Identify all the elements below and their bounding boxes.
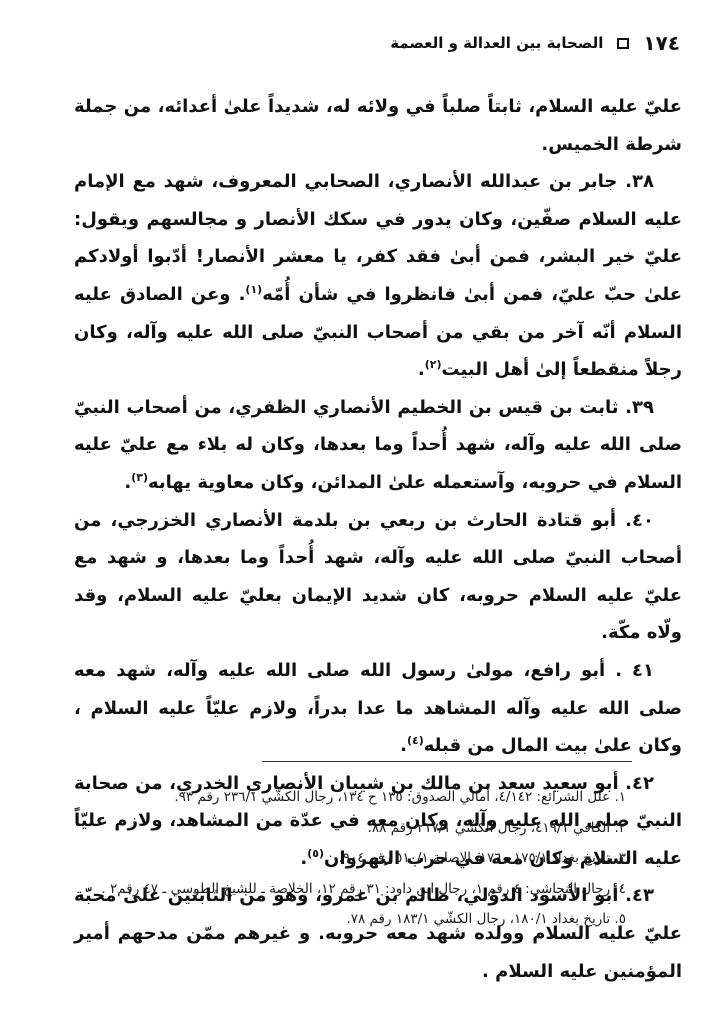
book-title: الصحابة بين العدالة و العصمة	[390, 34, 603, 52]
footnote-4: ٤. رجال النجاشي: ٤ رقم ١، رجال ابن داود:…	[66, 874, 626, 905]
paragraph-continued: عليّ عليه السلام، ثابتاً صلباً في ولائه …	[74, 88, 682, 163]
footnote-ref-1[interactable]: (١)	[245, 283, 262, 296]
punctuation: .	[418, 359, 425, 380]
paragraph-text: ٣٩. ثابت بن قيس بن الخطيم الأنصاري الظفر…	[74, 397, 682, 493]
footnote-2: ٢. الكافي ٤١٩/١، رجال الكشّي ٢١٧/١ رقم ٨…	[66, 813, 626, 844]
square-bullet-icon	[617, 38, 629, 49]
footnote-ref-3[interactable]: (٣)	[131, 471, 148, 484]
running-header: ١٧٤ الصحابة بين العدالة و العصمة	[200, 28, 680, 58]
page-number: ١٧٤	[643, 31, 680, 55]
footnotes: ١. علل الشرائع: ٤/١٤٢، أمالي الصدوق: ١٣٥…	[66, 782, 626, 935]
paragraph-38: ٣٨. جابر بن عبدالله الأنصاري، الصحابي ال…	[74, 163, 682, 389]
footnote-separator	[262, 761, 632, 762]
footnote-5: ٥. تاريخ بغداد ١٨٠/١، رجال الكشّي ١٨٣/١ …	[66, 904, 626, 935]
paragraph-39: ٣٩. ثابت بن قيس بن الخطيم الأنصاري الظفر…	[74, 389, 682, 502]
footnote-ref-4[interactable]: (٤)	[407, 734, 424, 747]
footnote-1: ١. علل الشرائع: ٤/١٤٢، أمالي الصدوق: ١٣٥…	[66, 782, 626, 813]
paragraph-text: عليّ عليه السلام، ثابتاً صلباً في ولائه …	[74, 96, 682, 155]
book-page: ١٧٤ الصحابة بين العدالة و العصمة عليّ عل…	[0, 0, 716, 1027]
paragraph-text: ٤٠. أبو قتادة الحارث بن ربعي بن بلدمة ال…	[74, 510, 682, 644]
footnote-3: ٣. تاريخ بغداد ١٧٥/١ ـ ١٧٦، الإصابة ٥١٠/…	[66, 843, 626, 874]
paragraph-text: ٤١ . أبو رافع، مولىٰ رسول الله صلى الله …	[74, 660, 682, 756]
paragraph-41: ٤١ . أبو رافع، مولىٰ رسول الله صلى الله …	[74, 652, 682, 765]
punctuation: .	[400, 735, 407, 756]
footnote-ref-2[interactable]: (٢)	[425, 358, 442, 371]
paragraph-40: ٤٠. أبو قتادة الحارث بن ربعي بن بلدمة ال…	[74, 502, 682, 652]
